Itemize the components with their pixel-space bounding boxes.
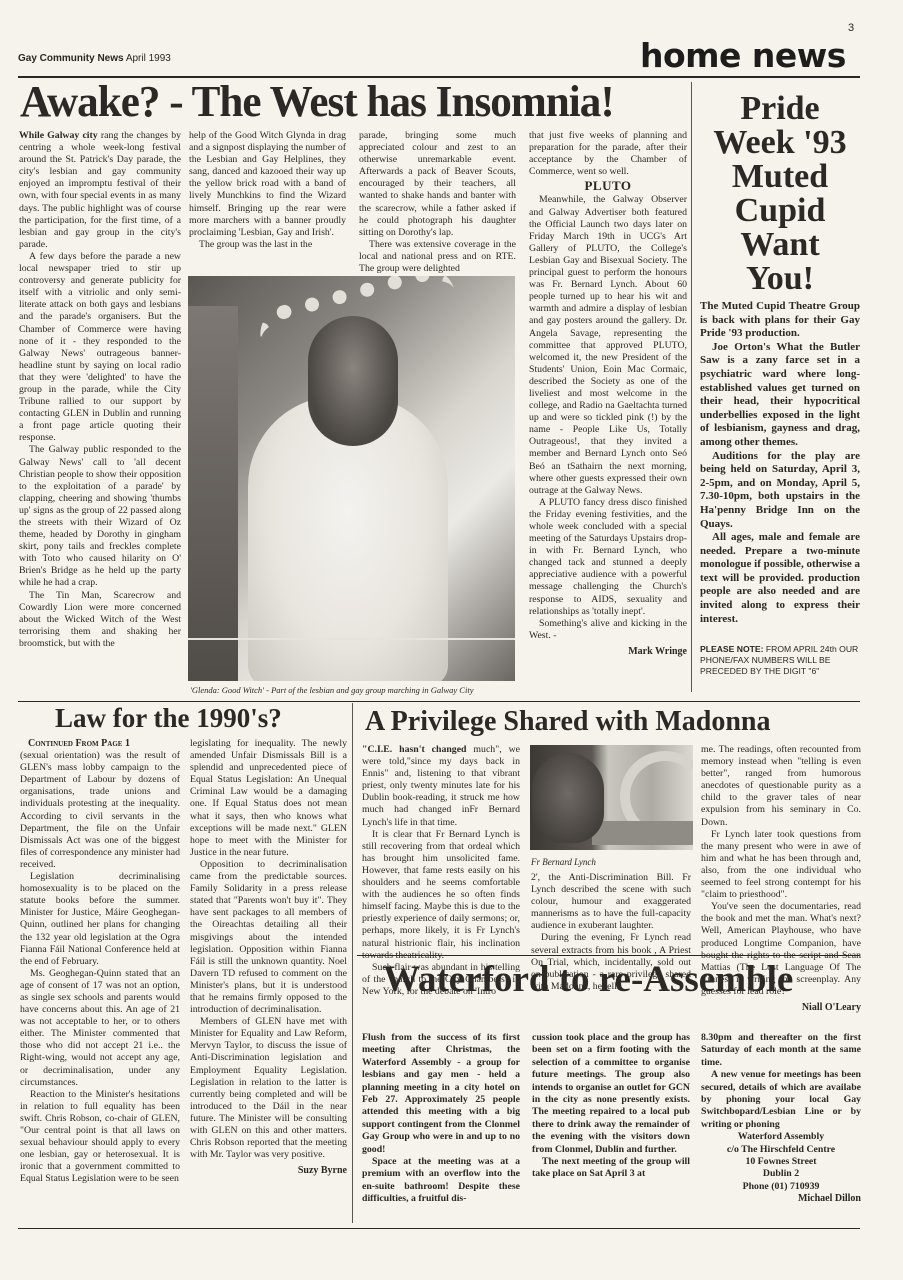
phone-number: Phone (01) 710939 [701,1181,861,1193]
column-divider [691,82,692,692]
paragraph: The Muted Cupid Theatre Group is back wi… [700,300,860,341]
byline: Niall O'Leary [701,1002,861,1014]
contact-address: Waterford Assembly c/o The Hirschfeld Ce… [701,1131,861,1193]
paragraph: Joe Orton's What the Butler Saw is a zan… [700,341,860,450]
notice-label: PLEASE NOTE: [700,644,764,654]
byline: Michael Dillon [701,1193,861,1205]
awake-column-4: that just five weeks of planning and pre… [529,130,687,658]
paragraph: much", we were told,"since my days back … [362,744,520,828]
awake-column-1: While Galway city rang the changes by ce… [19,130,181,650]
paragraph: Flush from the success of its first meet… [362,1032,520,1156]
paragraph: help of the Good Witch Glynda in drag an… [189,130,346,239]
issue-date: April 1993 [126,53,171,64]
section-rule [357,955,860,956]
photo-rail [188,638,515,640]
paragraph: The Galway public responded to the Galwa… [19,444,181,589]
paragraph: legislating for inequality. The newly am… [190,738,347,859]
photo-background-bar [592,821,693,845]
paragraph: Space at the meeting was at a premium wi… [362,1156,520,1206]
section-title: home news [640,36,846,75]
paragraph: A few days before the parade a new local… [19,251,181,445]
paragraph: Ms. Geoghegan-Quinn stated that an age o… [20,968,180,1089]
photo-face [532,753,604,843]
subhead-pluto: PLUTO [529,180,687,192]
pride-article: Pride Week '93 Muted Cupid Want You! The… [700,92,860,677]
paragraph: Meanwhile, the Galway Observer and Galwa… [529,194,687,496]
paragraph: The group was the last in the [189,239,346,251]
awake-column-2: help of the Good Witch Glynda in drag an… [189,130,346,251]
photo-bystander [188,306,238,681]
headline-line: Want [700,228,860,262]
address-line: 10 Fownes Street [701,1156,861,1168]
paragraph: A new venue for meetings has been secure… [701,1069,861,1131]
paragraph: me. The readings, often recounted from m… [701,744,861,829]
paragraph: 8.30pm and thereafter on the first Satur… [701,1032,861,1069]
waterford-column-2: cussion took place and the group has bee… [532,1032,690,1181]
page-number: 3 [848,22,854,34]
headline-law: Law for the 1990's? [55,703,282,734]
photo-caption: 'Glenda: Good Witch' - Part of the lesbi… [190,685,520,695]
paragraph: Something's alive and kicking in the Wes… [529,618,687,642]
pride-body: The Muted Cupid Theatre Group is back wi… [700,300,860,626]
lead-in: "C.I.E. hasn't changed [362,744,467,755]
paragraph: (sexual orientation) was the result of G… [20,750,180,871]
photo-bernard-lynch [530,745,693,850]
headline-awake: Awake? - The West has Insomnia! [20,76,614,127]
pride-headline: Pride Week '93 Muted Cupid Want You! [700,92,860,296]
law-column-1: Continued From Page 1 (sexual orientatio… [20,738,180,1185]
headline-madonna: A Privilege Shared with Madonna [365,706,771,738]
byline: Mark Wringe [529,646,687,658]
byline: Suzy Byrne [190,1165,347,1177]
paragraph: cussion took place and the group has bee… [532,1032,690,1156]
waterford-column-3: 8.30pm and thereafter on the first Satur… [701,1032,861,1206]
waterford-column-1: Flush from the success of its first meet… [362,1032,520,1206]
paragraph: A PLUTO fancy dress disco finished the F… [529,497,687,618]
paragraph: Legislation decriminalising homosexualit… [20,871,180,968]
headline-line: Cupid [700,194,860,228]
paragraph: parade, bringing some much appreciated c… [359,130,516,239]
headline-line: Week '93 [700,126,860,160]
column-divider [352,703,353,1223]
paragraph: rang the changes by centring a whole wee… [19,130,181,250]
address-line: Dublin 2 [701,1168,861,1180]
section-rule [18,701,860,702]
paragraph: Opposition to decriminalisation came fro… [190,859,347,1016]
bottom-rule [18,1228,860,1229]
paragraph: There was extensive coverage in the loca… [359,239,516,275]
paragraph: Reaction to the Minister's hesitations i… [20,1089,180,1186]
photo-glenda-good-witch [188,276,515,681]
paragraph: It is clear that Fr Bernard Lynch is sti… [362,829,520,962]
headline-waterford: Waterford to re-Assemble [383,958,793,1001]
paragraph: All ages, male and female are needed. Pr… [700,531,860,626]
law-column-2: legislating for inequality. The newly am… [190,738,347,1177]
publication-name: Gay Community News [18,53,124,64]
headline-line: Pride [700,92,860,126]
headline-line: Muted [700,160,860,194]
address-line: c/o The Hirschfeld Centre [701,1144,861,1156]
masthead: Gay Community News April 1993 [18,53,171,64]
headline-line: You! [700,262,860,296]
lead-in: While Galway city [19,130,98,141]
photo-caption: Fr Bernard Lynch [531,857,596,867]
continued-label: Continued From Page 1 [20,738,180,750]
paragraph: The next meeting of the group will take … [532,1156,690,1181]
paragraph: The Tin Man, Scarecrow and Cowardly Lion… [19,590,181,650]
paragraph: Members of GLEN have met with Minister f… [190,1016,347,1161]
paragraph: that just five weeks of planning and pre… [529,130,687,178]
address-line: Waterford Assembly [701,1131,861,1143]
paragraph: 2', the Anti-Discrimination Bill. Fr Lyn… [531,872,691,932]
phone-notice: PLEASE NOTE: FROM APRIL 24th OUR PHONE/F… [700,644,860,677]
paragraph: Auditions for the play are being held on… [700,450,860,532]
paragraph: Fr Lynch later took questions from the m… [701,829,861,902]
awake-column-3: parade, bringing some much appreciated c… [359,130,516,275]
